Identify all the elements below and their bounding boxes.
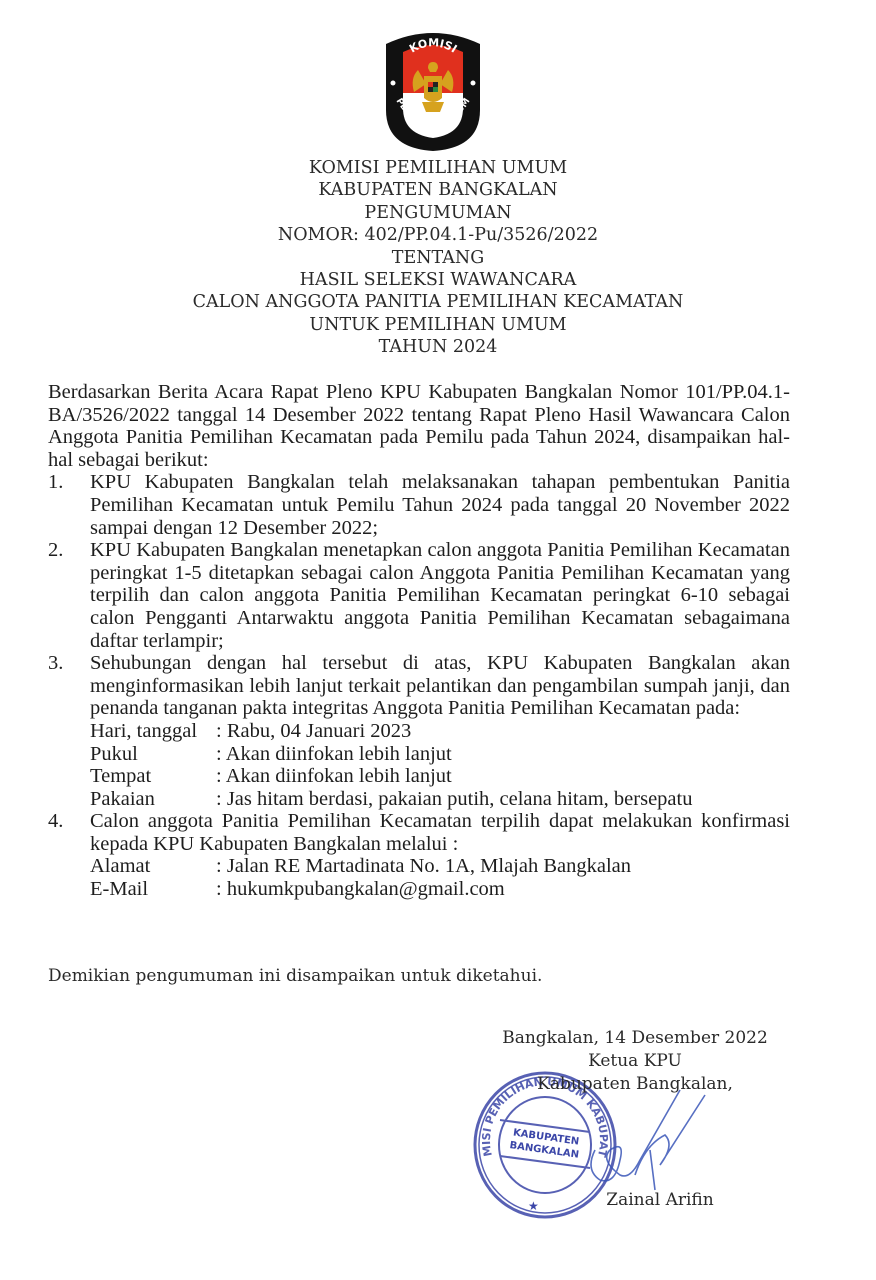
closing-statement: Demikian pengumuman ini disampaikan untu… <box>48 966 542 986</box>
document-header: KOMISI PEMILIHAN UMUM KABUPATEN BANGKALA… <box>0 157 876 359</box>
detail-label: Alamat <box>90 855 216 878</box>
svg-text:BANGKALAN: BANGKALAN <box>509 1140 580 1161</box>
title-line-3: UNTUK PEMILIHAN UMUM <box>0 314 876 336</box>
list-item: 4. Calon anggota Panitia Pemilihan Kecam… <box>48 810 790 900</box>
svg-text:KABUPATEN: KABUPATEN <box>512 1127 580 1147</box>
about-label: TENTANG <box>0 247 876 269</box>
detail-row: Pukul: Akan diinfokan lebih lanjut <box>90 743 790 766</box>
detail-label: Pukul <box>90 743 216 766</box>
place-date: Bangkalan, 14 Desember 2022 <box>470 1027 800 1050</box>
list-number: 2. <box>48 539 63 562</box>
detail-label: Pakaian <box>90 788 216 811</box>
list-text: KPU Kabupaten Bangkalan telah melaksanak… <box>90 471 790 538</box>
detail-value: : Akan diinfokan lebih lanjut <box>216 743 452 766</box>
list-text: Sehubungan dengan hal tersebut di atas, … <box>90 652 790 719</box>
handwritten-signature <box>575 1080 715 1200</box>
detail-row: Alamat: Jalan RE Martadinata No. 1A, Mla… <box>90 855 790 878</box>
doc-number: NOMOR: 402/PP.04.1-Pu/3526/2022 <box>0 224 876 246</box>
document-body: Berdasarkan Berita Acara Rapat Pleno KPU… <box>48 381 790 901</box>
svg-text:★: ★ <box>528 1199 539 1213</box>
kpu-garuda-emblem-icon: KOMISI PEMILIHAN UMUM <box>378 28 488 152</box>
detail-row: Tempat: Akan diinfokan lebih lanjut <box>90 765 790 788</box>
title-line-1: HASIL SELEKSI WAWANCARA <box>0 269 876 291</box>
signature-block: Bangkalan, 14 Desember 2022 Ketua KPU Ka… <box>470 1027 800 1096</box>
detail-value: : Jas hitam berdasi, pakaian putih, cela… <box>216 788 692 811</box>
email-value: : hukumkpubangkalan@gmail.com <box>216 878 505 901</box>
intro-paragraph: Berdasarkan Berita Acara Rapat Pleno KPU… <box>48 381 790 471</box>
list-item: 2. KPU Kabupaten Bangkalan menetapkan ca… <box>48 539 790 652</box>
detail-value: : Akan diinfokan lebih lanjut <box>216 765 452 788</box>
list-number: 1. <box>48 471 63 494</box>
points-list: 1. KPU Kabupaten Bangkalan telah melaksa… <box>48 471 790 900</box>
detail-row: Hari, tanggal: Rabu, 04 Januari 2023 <box>90 720 790 743</box>
detail-row: Pakaian: Jas hitam berdasi, pakaian puti… <box>90 788 790 811</box>
doc-type: PENGUMUMAN <box>0 202 876 224</box>
signature-scribble-icon <box>575 1080 715 1200</box>
title-line-2: CALON ANGGOTA PANITIA PEMILIHAN KECAMATA… <box>0 291 876 313</box>
detail-label: E-Mail <box>90 878 216 901</box>
org-name: KOMISI PEMILIHAN UMUM <box>0 157 876 179</box>
signer-position-2: Kabupaten Bangkalan, <box>470 1073 800 1096</box>
signer-position-1: Ketua KPU <box>470 1050 800 1073</box>
kpu-logo: KOMISI PEMILIHAN UMUM <box>378 28 488 152</box>
detail-value: : Rabu, 04 Januari 2023 <box>216 720 411 743</box>
list-item: 3. Sehubungan dengan hal tersebut di ata… <box>48 652 790 810</box>
list-number: 4. <box>48 810 63 833</box>
address-value: : Jalan RE Martadinata No. 1A, Mlajah Ba… <box>216 855 631 878</box>
org-region: KABUPATEN BANGKALAN <box>0 179 876 201</box>
list-text: KPU Kabupaten Bangkalan menetapkan calon… <box>90 539 790 651</box>
list-text: Calon anggota Panitia Pemilihan Kecamata… <box>90 810 790 855</box>
detail-label: Tempat <box>90 765 216 788</box>
list-number: 3. <box>48 652 63 675</box>
list-item: 1. KPU Kabupaten Bangkalan telah melaksa… <box>48 471 790 539</box>
signer-name: Zainal Arifin <box>560 1189 760 1212</box>
title-line-4: TAHUN 2024 <box>0 336 876 358</box>
detail-label: Hari, tanggal <box>90 720 216 743</box>
detail-row: E-Mail: hukumkpubangkalan@gmail.com <box>90 878 790 901</box>
